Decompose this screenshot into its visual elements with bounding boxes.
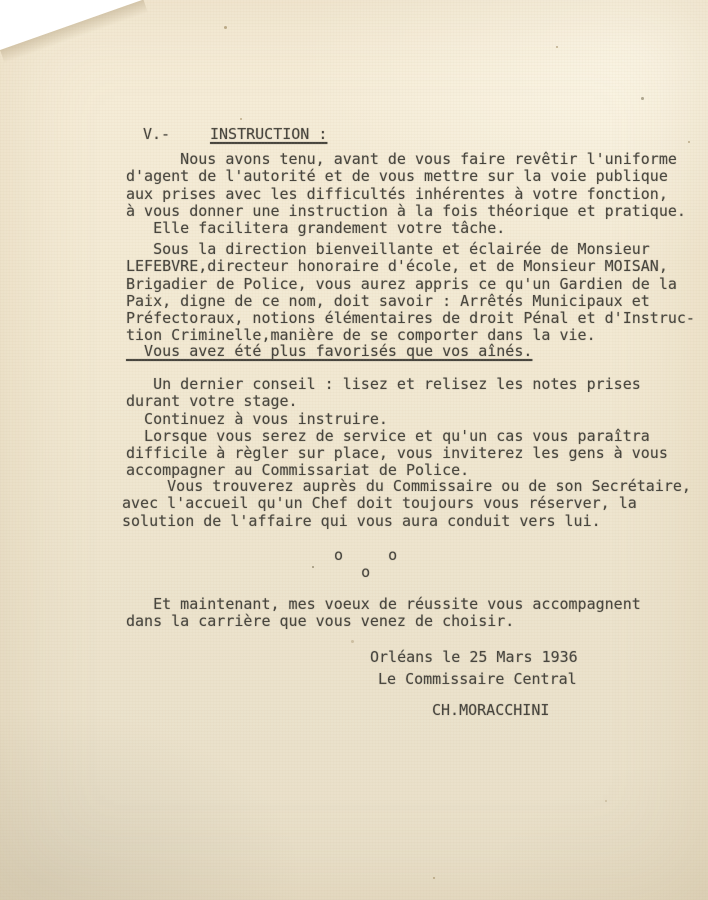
signature-title: Le Commissaire Central (378, 671, 577, 688)
scan-background: V.- INSTRUCTION : Nous avons tenu, avant… (0, 0, 708, 900)
signature-name: CH.MORACCHINI (432, 702, 549, 719)
paper-speck (351, 640, 354, 643)
paragraph-advice: Un dernier conseil : lisez et relisez le… (126, 376, 668, 480)
fold-crease (0, 0, 148, 63)
paper-speck (641, 97, 644, 100)
paragraph-training: Sous la direction bienveillante et éclai… (126, 241, 695, 345)
paper-speck (688, 141, 690, 143)
paragraph-commissaire: Vous trouverez auprès du Commissaire ou … (122, 478, 691, 530)
paper-speck (556, 46, 558, 48)
section-number: V.- (143, 126, 170, 143)
paper-speck (605, 800, 607, 802)
asterism-separator: o o o (334, 547, 397, 582)
paper-speck (224, 26, 227, 29)
dateline: Orléans le 25 Mars 1936 (370, 649, 578, 666)
letter-page: V.- INSTRUCTION : Nous avons tenu, avant… (0, 0, 708, 900)
emphasis-line: Vous avez été plus favorisés que vos aîn… (126, 343, 532, 360)
paper-speck (312, 566, 314, 568)
section-title: INSTRUCTION : (210, 126, 327, 143)
paragraph-intro: Nous avons tenu, avant de vous faire rev… (126, 151, 686, 237)
paper-speck (433, 877, 435, 879)
paragraph-closing: Et maintenant, mes voeux de réussite vou… (126, 596, 641, 631)
paper-speck (240, 118, 242, 120)
